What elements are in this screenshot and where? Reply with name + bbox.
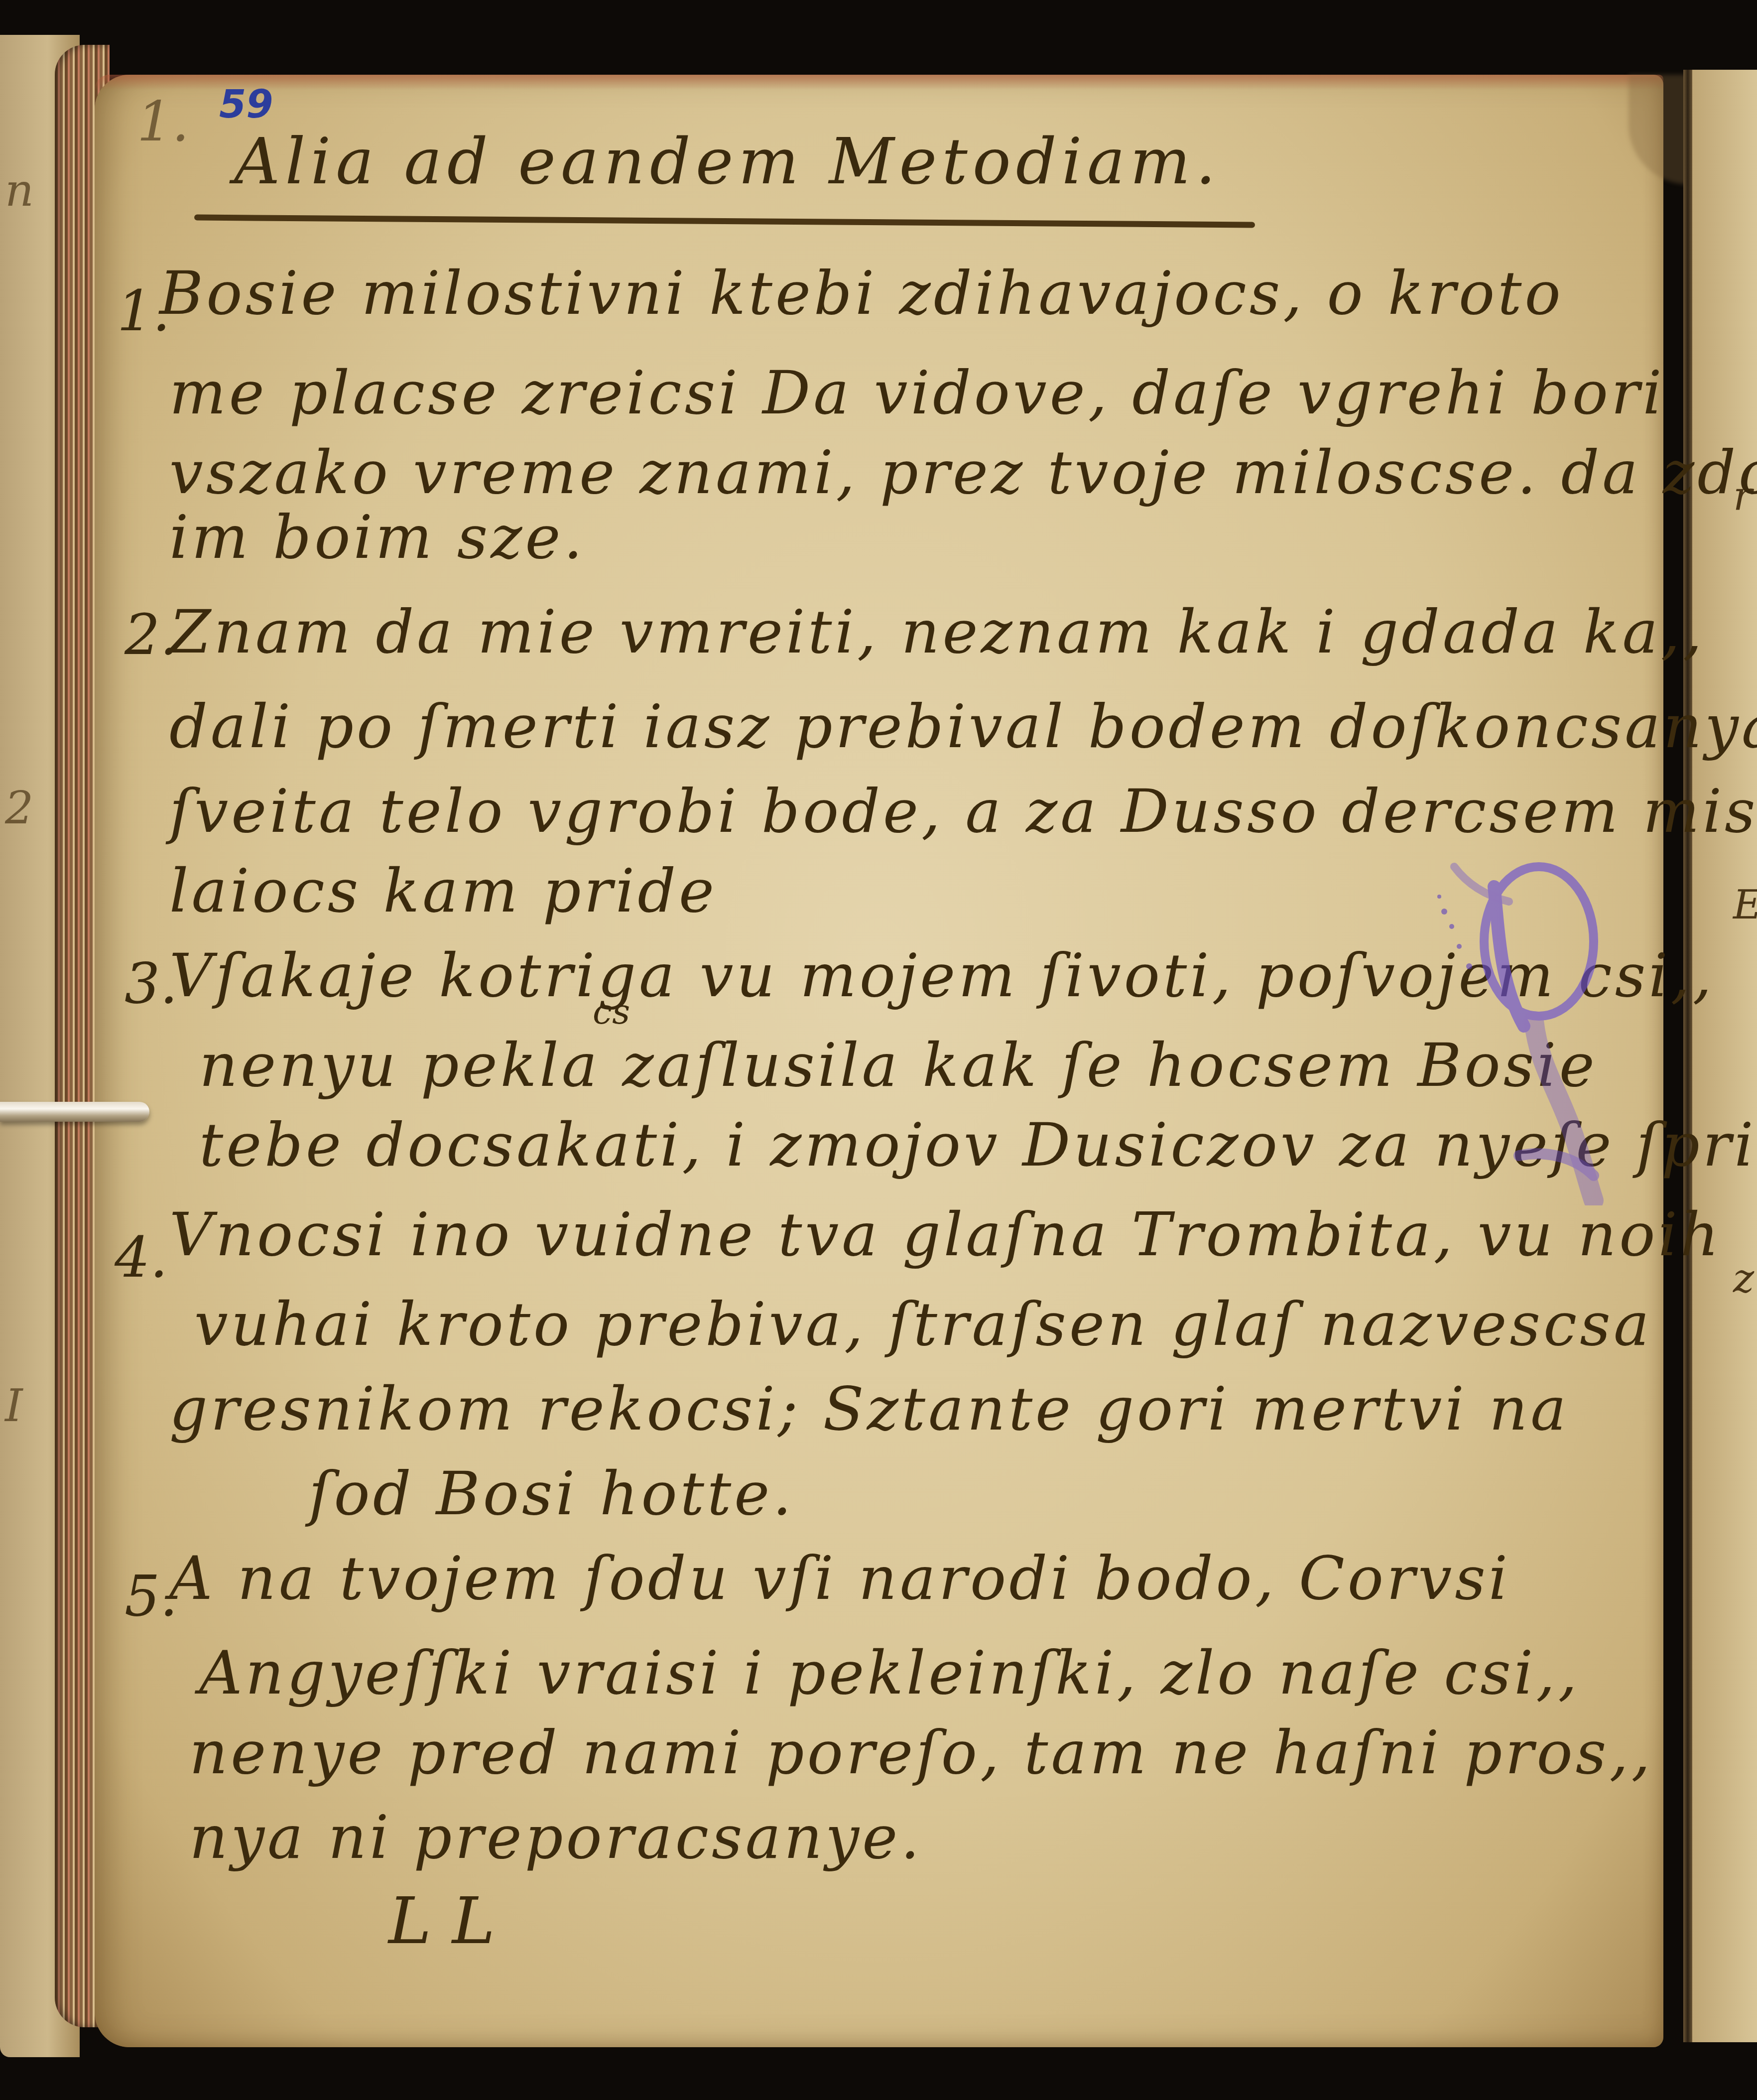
page-title: Alia ad eandem Metodiam. xyxy=(234,125,1221,199)
closing-flourish: L L xyxy=(388,1883,495,1959)
glass-page-holder xyxy=(0,1102,149,1122)
stanza-line: Vſakaje kotriga vu mojem ſivoti, poſvoje… xyxy=(169,941,1715,1011)
stanza-line: Znam da mie vmreiti, neznam kak i gdada … xyxy=(169,598,1705,667)
corner-mark: 1. xyxy=(137,90,189,153)
stanza-line: Bosie milostivni ktebi zdihavajocs, o kr… xyxy=(159,259,1564,328)
stanza-line: im boim sze. xyxy=(169,503,586,572)
stanza-line: tebe docsakati, i zmojov Dusiczov za nye… xyxy=(199,1111,1757,1180)
stanza-line: A na tvojem ſodu vſi narodi bodo, Corvsi xyxy=(169,1544,1510,1613)
stanza-line: dali po ſmerti iasz prebival bodem doſko… xyxy=(169,692,1757,762)
previous-page-fragment: n xyxy=(5,164,34,217)
stanza-number: 4. xyxy=(115,1225,168,1290)
stanza-line: Angyeſſki vraisi i pekleinſki, zlo naſe … xyxy=(199,1639,1580,1708)
stanza-line: vuhai kroto prebiva, ſtraſsen glaſ nazve… xyxy=(194,1290,1652,1359)
previous-page-fragment: 2 xyxy=(5,782,33,834)
stanza-line: nenyu pekla zaſlusila kak ſe hocsem Bosi… xyxy=(199,1031,1598,1100)
next-page-fragment: z xyxy=(1733,1255,1754,1302)
stanza-line: laiocs kam pride xyxy=(169,857,717,926)
stanza-line: nya ni preporacsanye. xyxy=(189,1803,922,1872)
stanza-line: Vnocsi ino vuidne tva glaſna Trombita, v… xyxy=(169,1200,1722,1270)
next-page-edge xyxy=(1692,70,1757,2042)
stanza-line: ſod Bosi hotte. xyxy=(309,1459,794,1529)
book-gutter xyxy=(1683,70,1692,2042)
next-page-fragment: E xyxy=(1733,882,1757,928)
stanza-line: nenye pred nami poreſo, tam ne haſni pro… xyxy=(189,1718,1653,1788)
stanza-line: me placse zreicsi Da vidove, daſe vgrehi… xyxy=(169,359,1665,428)
stanza-line: vszako vreme znami, prez tvoje miloscse.… xyxy=(169,438,1757,508)
stanza-line: ſveita telo vgrobi bode, a za Dusso derc… xyxy=(169,777,1757,846)
previous-page-fragment: I xyxy=(5,1380,23,1432)
folio-number: 59 xyxy=(219,82,273,127)
stanza-line: gresnikom rekocsi; Sztante gori mertvi n… xyxy=(169,1375,1569,1444)
